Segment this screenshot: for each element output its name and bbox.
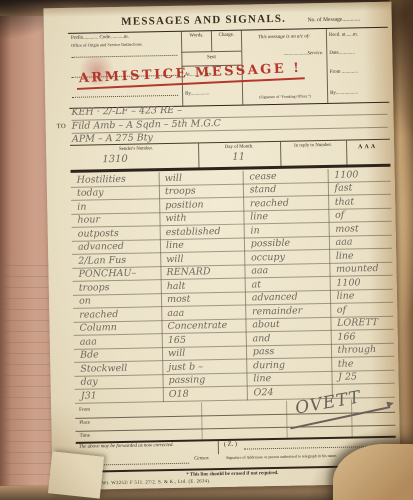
received-by-field: By.................. bbox=[330, 90, 358, 96]
no-of-message-field: No. of Message............. bbox=[308, 16, 361, 23]
censor-label: Censor. bbox=[194, 456, 209, 461]
message-word: most bbox=[329, 222, 392, 237]
rule bbox=[181, 51, 241, 53]
forwarded-note: The above may be forwarded as now correc… bbox=[79, 443, 174, 450]
service-label: ...................Service. bbox=[244, 51, 323, 58]
message-body: Hostilitieswillcease1100todaytroopsstand… bbox=[71, 168, 395, 404]
messages-and-signals-form: MESSAGES AND SIGNALS. No. of Message....… bbox=[43, 2, 400, 491]
prefix-field: Prefix............ Code...........m. bbox=[71, 35, 129, 41]
sent-by-field: By............... bbox=[185, 91, 209, 96]
sent-label: Sent bbox=[181, 55, 241, 61]
message-word: of bbox=[329, 208, 392, 223]
office-of-origin-label: Office of Origin and Service Instruction… bbox=[71, 41, 143, 47]
message-word: of bbox=[331, 303, 394, 318]
message-word: mounted bbox=[330, 262, 393, 277]
senders-number-label: Sender's Number. bbox=[86, 146, 186, 153]
column-divider bbox=[201, 402, 203, 439]
aaa-procedure-sign: AAA bbox=[358, 144, 377, 150]
message-word: line bbox=[330, 249, 393, 264]
message-word: the bbox=[332, 357, 395, 372]
message-word: 166 bbox=[331, 330, 394, 345]
column-divider bbox=[286, 401, 288, 438]
from-field: From ............. bbox=[330, 69, 358, 75]
write-in-rule bbox=[71, 54, 177, 58]
form-title: MESSAGES AND SIGNALS. bbox=[102, 12, 306, 28]
message-word: that bbox=[329, 195, 392, 210]
message-word: aaa bbox=[329, 235, 392, 250]
divider bbox=[218, 440, 219, 454]
place-row-label: Place bbox=[79, 421, 90, 426]
message-word: through bbox=[332, 343, 395, 358]
time-row-label: Time bbox=[80, 434, 90, 439]
senders-number-value: 1310 bbox=[102, 154, 128, 165]
received-at-field: Recd. at......m. bbox=[329, 32, 358, 38]
to-label: TO bbox=[57, 123, 67, 130]
in-reply-label: In reply to Number. bbox=[282, 143, 344, 149]
words-label: Words. bbox=[183, 33, 210, 39]
day-of-month-label: Day of Month. bbox=[202, 144, 276, 150]
message-word: fast bbox=[328, 181, 391, 196]
message-word: J31 bbox=[75, 388, 163, 403]
column-divider bbox=[198, 143, 199, 168]
franking-officer-label: (Signature of “Franking Officer.”) bbox=[243, 94, 327, 100]
message-word: J 25 bbox=[332, 370, 395, 385]
message-word: LORETT bbox=[331, 316, 394, 331]
message-word: line bbox=[330, 289, 393, 304]
scanned-page: MESSAGES AND SIGNALS. No. of Message....… bbox=[0, 0, 413, 500]
write-in-rule bbox=[72, 94, 178, 98]
charge-label: Charge. bbox=[213, 33, 240, 39]
message-word: 1100 bbox=[330, 276, 393, 291]
account-of-label: This message is on a/c of: bbox=[244, 34, 324, 41]
message-word: O18 bbox=[163, 387, 248, 402]
z-procedure-mark: ( Z. ) bbox=[224, 441, 237, 448]
column-divider bbox=[346, 141, 347, 166]
message-word: 1100 bbox=[328, 168, 391, 183]
date-field: Date............. bbox=[329, 50, 355, 55]
day-of-month-value: 11 bbox=[232, 152, 245, 163]
from-row-label: From bbox=[79, 408, 90, 413]
folded-corner bbox=[48, 451, 104, 498]
